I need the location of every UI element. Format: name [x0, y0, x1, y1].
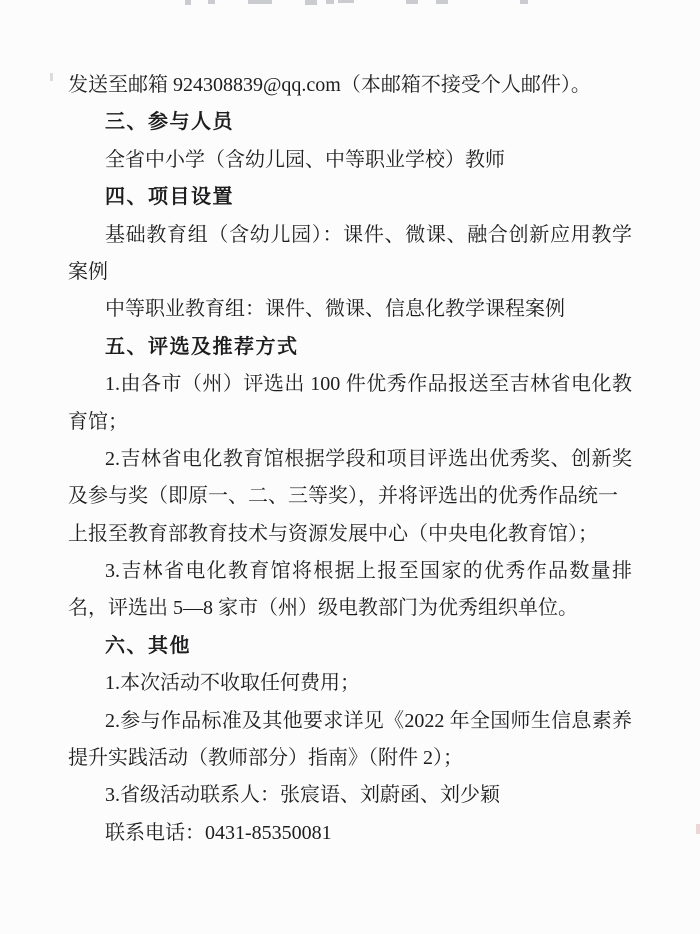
line-basic-edu-group-2: 案例: [68, 254, 632, 291]
line-other-item2-a: 2.参与作品标准及其他要求详见《2022 年全国师生信息素养: [68, 703, 632, 740]
line-selection-item3-b: 名，评选出 5—8 家市（州）级电教部门为优秀组织单位。: [68, 590, 632, 627]
line-selection-item1-b: 育馆；: [68, 404, 632, 441]
scan-artifact: [436, 0, 448, 4]
line-email-submit: 发送至邮箱 924308839@qq.com（本邮箱不接受个人邮件）。: [68, 67, 632, 104]
scan-artifact: [248, 0, 272, 4]
scan-artifact: [406, 0, 418, 4]
line-selection-item2-b: 及参与奖（即原一、二、三等奖），并将评选出的优秀作品统一: [68, 478, 632, 515]
scan-artifact: [696, 824, 700, 834]
heading-section-four: 四、项目设置: [68, 179, 632, 216]
scanned-document-page: 发送至邮箱 924308839@qq.com（本邮箱不接受个人邮件）。 三、参与…: [0, 0, 700, 934]
line-other-item1: 1.本次活动不收取任何费用；: [68, 665, 632, 702]
line-contact-phone: 联系电话：0431-85350081: [68, 815, 632, 852]
line-vocational-group: 中等职业教育组：课件、微课、信息化教学课程案例: [68, 291, 632, 328]
line-participants-scope: 全省中小学（含幼儿园、中等职业学校）教师: [68, 142, 632, 179]
scan-artifact: [208, 0, 215, 4]
scan-artifact: [305, 0, 317, 5]
line-selection-item1-a: 1.由各市（州）评选出 100 件优秀作品报送至吉林省电化教: [68, 366, 632, 403]
line-basic-edu-group-1: 基础教育组（含幼儿园）：课件、微课、融合创新应用教学: [68, 217, 632, 254]
document-body: 发送至邮箱 924308839@qq.com（本邮箱不接受个人邮件）。 三、参与…: [68, 67, 632, 852]
line-selection-item2-c: 上报至教育部教育技术与资源发展中心（中央电化教育馆）；: [68, 516, 632, 553]
heading-section-three: 三、参与人员: [68, 104, 632, 141]
scan-artifact: [185, 0, 191, 5]
scan-artifact: [338, 0, 354, 3]
heading-section-five: 五、评选及推荐方式: [68, 329, 632, 366]
scan-artifact: [326, 0, 334, 4]
heading-section-six: 六、其他: [68, 628, 632, 665]
scan-artifact: [520, 0, 528, 4]
scan-artifact: [50, 73, 53, 81]
line-selection-item3-a: 3.吉林省电化教育馆将根据上报至国家的优秀作品数量排: [68, 553, 632, 590]
line-other-item3-contacts: 3.省级活动联系人：张宸语、刘蔚函、刘少颖: [68, 777, 632, 814]
line-selection-item2-a: 2.吉林省电化教育馆根据学段和项目评选出优秀奖、创新奖: [68, 441, 632, 478]
line-other-item2-b: 提升实践活动（教师部分）指南》（附件 2）；: [68, 740, 632, 777]
